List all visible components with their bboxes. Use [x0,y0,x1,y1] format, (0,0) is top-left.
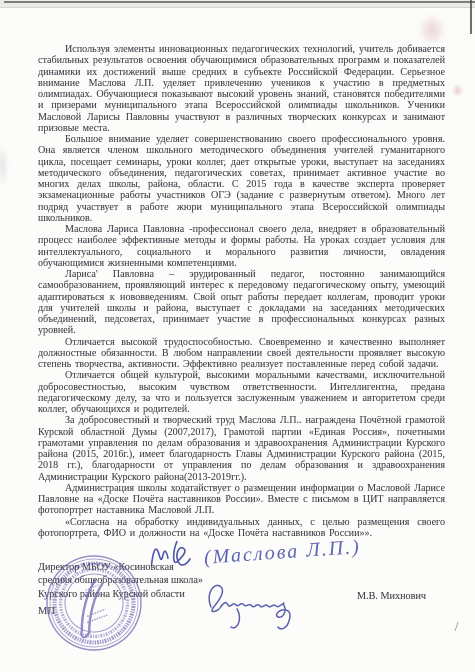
scanned-document-page: Используя элементы инновационных педагог… [0,0,475,672]
scan-speck [450,622,459,631]
gray-smudge [0,145,8,187]
paragraph-6: Отличается общей культурой, высокими мор… [38,370,445,415]
paragraph-1: Используя элементы инновационных педагог… [38,44,445,134]
paragraph-3: Маслова Лариса Павловна -профессионал св… [38,224,445,269]
scan-right-line [470,0,472,34]
director-name: М.В. Михнович [357,591,426,602]
scan-top-line [4,1,475,3]
consent-signature-name: (Маслова Л.П.) [203,536,361,569]
director-signature-icon [203,577,321,639]
paragraph-7: За добросовестный и творческий труд Масл… [38,415,445,483]
paragraph-2: Большое внимание уделяет совершенствован… [38,134,445,224]
pink-smudge [418,14,446,46]
school-round-stamp-icon [44,553,144,653]
paragraph-5: Отличается высокой трудоспособностью. Св… [38,337,445,371]
pink-smudge-small [452,84,463,97]
paragraph-8: Администрация школы ходатайствует о разм… [38,483,445,517]
letter-body: Используя элементы инновационных педагог… [38,44,445,539]
paragraph-4: Лариса' Павловна – эрудированный педагог… [38,269,445,337]
